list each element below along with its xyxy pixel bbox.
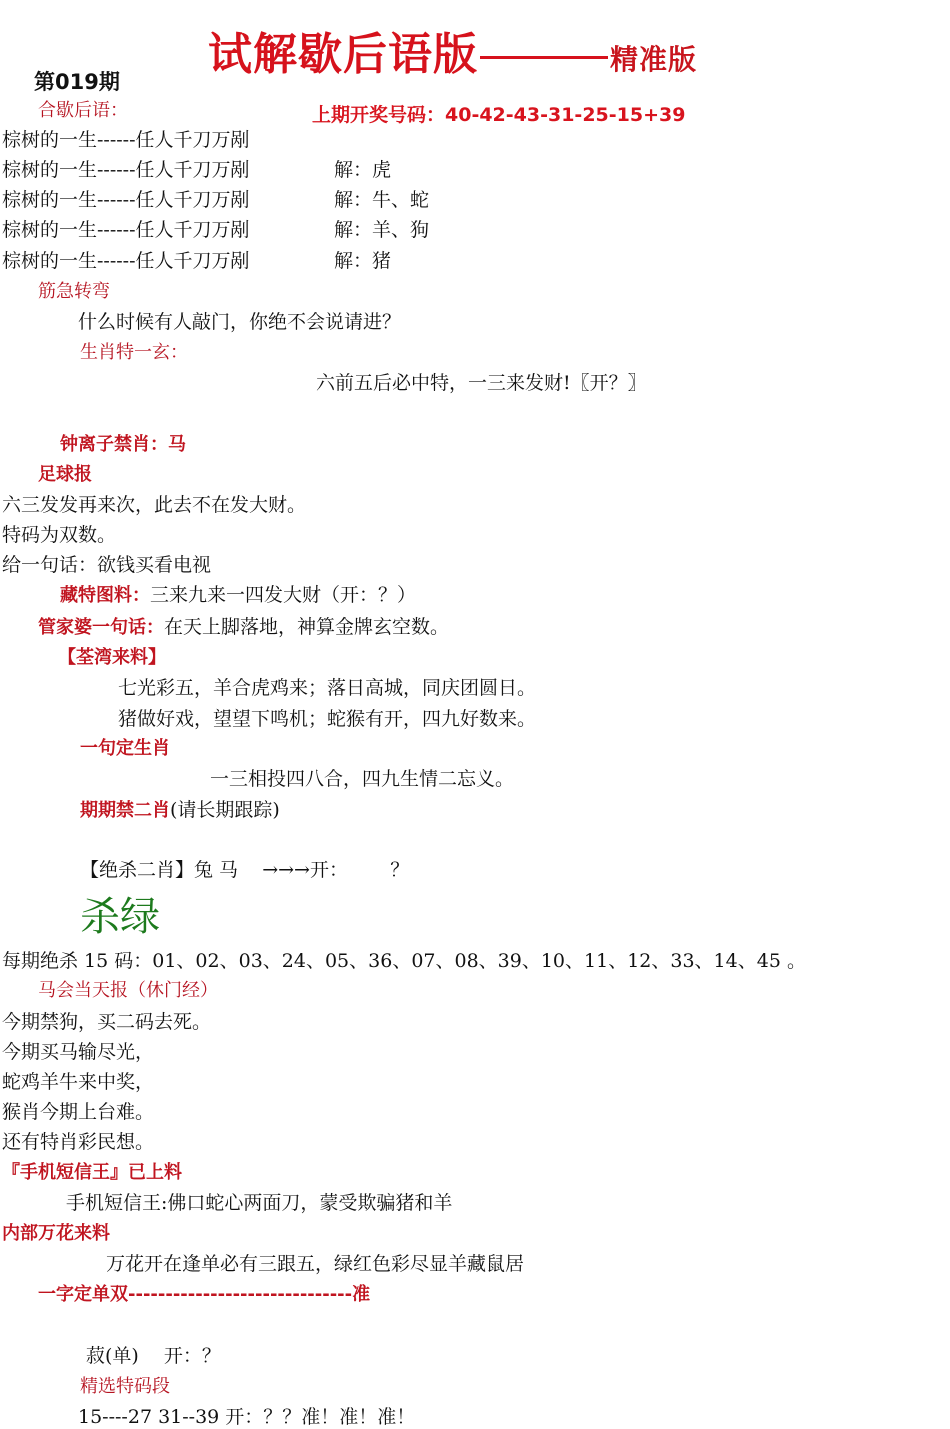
football-line: 给一句话：欲钱买看电视 <box>2 550 211 577</box>
tema-heading: 精选特码段 <box>80 1372 170 1398</box>
title-suffix: 精准版 <box>610 43 697 76</box>
last-result-label: 上期开奖号码： <box>312 104 445 126</box>
tema-text: 15----27 31--39 开：？？准！准！准！ <box>78 1402 415 1429</box>
juesha-text: 【绝杀二肖】兔 马 <box>80 859 238 881</box>
yiju-heading: 一句定生肖 <box>80 734 170 760</box>
football-heading: 足球报 <box>38 460 92 486</box>
zhongli-text: 钟离子禁肖：马 <box>60 430 186 456</box>
issue-number: 第019期 <box>34 66 120 96</box>
quanwan-line: 七光彩五，羊合虎鸡来；落日高城，同庆团圆日。 <box>118 673 536 700</box>
sms-text: 手机短信王:佛口蛇心两面刀，蒙受欺骗猪和羊 <box>66 1188 452 1215</box>
xiehouyu-line: 棕树的一生------任人千刀万剐 <box>2 155 250 182</box>
cangte-text: 三来九来一四发大财（开：？） <box>150 584 416 606</box>
cangte-label: 藏特图料： <box>60 585 150 606</box>
mahui-line: 还有特肖彩民想。 <box>2 1127 154 1154</box>
wanhua-text: 万花开在逢单必有三跟五，绿红色彩尽显羊藏鼠居 <box>106 1249 524 1276</box>
juesha15-text: 每期绝杀 15 码：01、02、03、24、05、36、07、08、39、10、… <box>2 946 806 973</box>
mahui-line: 蛇鸡羊牛来中奖， <box>2 1067 154 1094</box>
juesha-result: ？ <box>390 859 409 881</box>
xiehouyu-line: 棕树的一生------任人千刀万剐 <box>2 246 250 273</box>
quanwan-heading: 【荃湾来料】 <box>58 643 166 669</box>
sha-lv-text: 杀绿 <box>80 885 160 942</box>
xiehouyu-answer: 解：牛、蛇 <box>334 185 429 212</box>
xiehouyu-answer: 解：猪 <box>334 246 391 273</box>
juesha-row: 【绝杀二肖】兔 马 →→→开： ？ <box>80 855 409 882</box>
guanjia-label: 管家婆一句话： <box>38 617 164 638</box>
quanwan-line: 猪做好戏，望望下鸣机；蛇猴有开，四九好数来。 <box>118 704 536 731</box>
qiqi-row: 期期禁二肖(请长期跟踪) <box>80 795 280 822</box>
last-result-numbers: 40-42-43-31-25-15+39 <box>445 104 685 126</box>
xiehouyu-heading: 合歇后语： <box>38 96 128 122</box>
cangte-row: 藏特图料：三来九来一四发大财（开：？） <box>60 580 416 607</box>
mahui-heading: 马会当天报（休门经） <box>38 976 218 1002</box>
qiqi-note: (请长期跟踪) <box>170 799 280 821</box>
xiehouyu-answer: 解：羊、狗 <box>334 215 429 242</box>
sms-heading: 『手机短信王』已上料 <box>2 1158 182 1184</box>
danshuang-text: 菽(单) 开：？ <box>86 1341 221 1368</box>
xiehouyu-line: 棕树的一生------任人千刀万剐 <box>2 185 250 212</box>
wanhua-heading: 内部万花来料 <box>2 1219 110 1245</box>
riddle-heading: 筋急转弯 <box>38 277 110 303</box>
football-line: 六三发发再来次，此去不在发大财。 <box>2 490 306 517</box>
shengxiao-text: 六前五后必中特，一三来发财!〖开？〗 <box>316 368 647 395</box>
football-line: 特码为双数。 <box>2 520 116 547</box>
title-divider <box>480 56 608 59</box>
shengxiao-heading: 生肖特一玄： <box>80 338 188 364</box>
riddle-text: 什么时候有人敲门，你绝不会说请进？ <box>78 307 401 334</box>
title-main: 试解歇后语版 <box>208 29 478 80</box>
guanjia-text: 在天上脚落地，神算金牌玄空数。 <box>164 616 449 638</box>
qiqi-heading: 期期禁二肖 <box>80 800 170 821</box>
guanjia-row: 管家婆一句话：在天上脚落地，神算金牌玄空数。 <box>38 612 449 639</box>
arrow-icon: →→→开： <box>262 859 348 881</box>
xiehouyu-line: 棕树的一生------任人千刀万剐 <box>2 125 250 152</box>
mahui-line: 猴肖今期上台难。 <box>2 1097 154 1124</box>
xiehouyu-line: 棕树的一生------任人千刀万剐 <box>2 215 250 242</box>
page-title: 试解歇后语版精准版 <box>208 18 697 82</box>
mahui-line: 今期买马输尽光， <box>2 1037 154 1064</box>
mahui-line: 今期禁狗，买二码去死。 <box>2 1007 211 1034</box>
xiehouyu-answer: 解：虎 <box>334 155 391 182</box>
danshuang-heading: 一字定单双------------------------------准 <box>38 1280 370 1306</box>
last-result: 上期开奖号码：40-42-43-31-25-15+39 <box>312 100 685 127</box>
yiju-text: 一三相投四八合，四九生情二忘义。 <box>210 764 514 791</box>
